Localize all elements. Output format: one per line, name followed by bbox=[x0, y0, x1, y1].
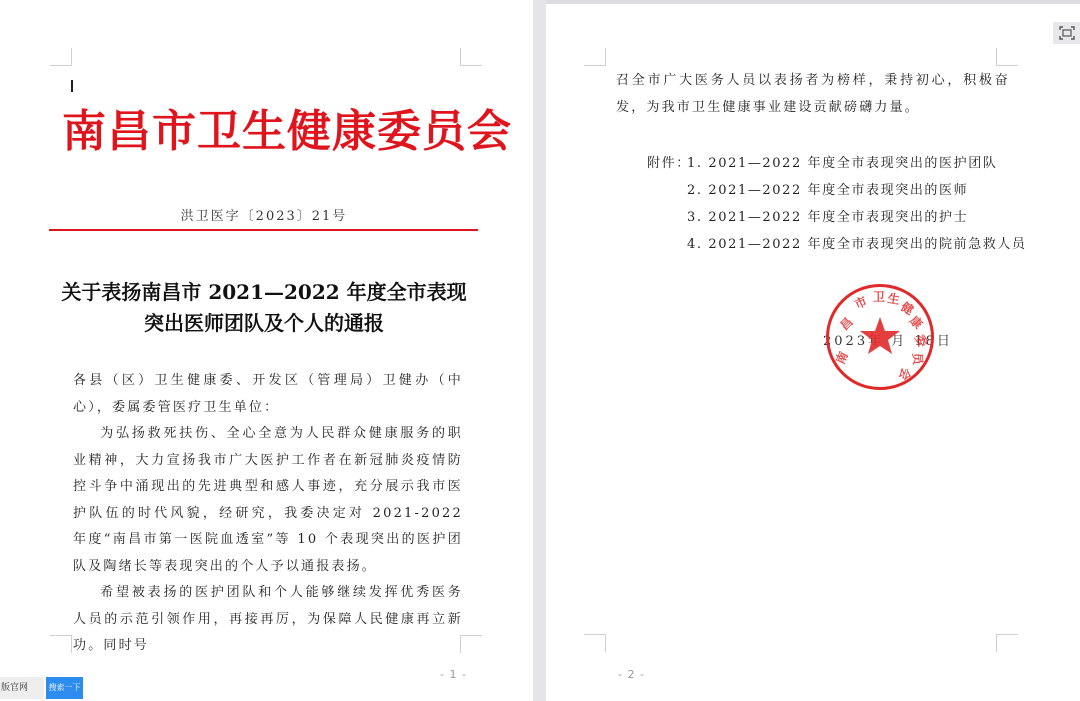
body-paragraph-1: 为弘扬救死扶伤、全心全意为人民群众健康服务的职业精神，大力宣扬我市广大医护工作者… bbox=[73, 421, 463, 580]
svg-text:员: 员 bbox=[910, 352, 925, 366]
search-input[interactable]: 版官网 bbox=[0, 677, 44, 699]
page-number: - 1 - bbox=[440, 668, 467, 681]
document-number: 洪卫医字〔2023〕21号 bbox=[50, 205, 478, 224]
margin-corner-mark bbox=[584, 48, 606, 66]
letterhead-red-rule bbox=[49, 229, 478, 231]
margin-corner-mark bbox=[996, 48, 1018, 66]
attachments-label: 附件： bbox=[647, 150, 691, 177]
svg-text:市: 市 bbox=[852, 293, 869, 312]
salutation: 各县（区）卫生健康委、开发区（管理局）卫健办（中心），委属委管医疗卫生单位： bbox=[73, 368, 463, 421]
org-letterhead-title: 南昌市卫生健康委员会 bbox=[62, 104, 490, 160]
svg-text:委: 委 bbox=[912, 332, 931, 349]
document-page-1: 南昌市卫生健康委员会 洪卫医字〔2023〕21号 关于表扬南昌市 2021—20… bbox=[0, 0, 533, 701]
attachment-item-4: 4. 2021—2022 年度全市表现突出的院前急救人员 bbox=[687, 231, 1027, 258]
fullscreen-button[interactable] bbox=[1053, 22, 1080, 44]
fullscreen-icon bbox=[1059, 26, 1075, 40]
svg-text:生: 生 bbox=[886, 290, 900, 307]
svg-text:昌: 昌 bbox=[837, 315, 855, 333]
attachment-item-1: 1. 2021—2022 年度全市表现突出的医护团队 bbox=[687, 150, 997, 177]
body-paragraph-2: 希望被表扬的医护团队和个人能够继续发挥优秀医务人员的示范引领作用，再接再厉，为保… bbox=[73, 580, 463, 660]
margin-corner-mark bbox=[584, 634, 606, 652]
svg-text:卫: 卫 bbox=[873, 290, 885, 304]
svg-text:会: 会 bbox=[896, 366, 914, 382]
attachment-item-2: 2. 2021—2022 年度全市表现突出的医师 bbox=[687, 177, 968, 204]
page-number: - 2 - bbox=[618, 668, 645, 681]
attachment-item-3: 3. 2021—2022 年度全市表现突出的护士 bbox=[687, 204, 968, 231]
margin-corner-mark bbox=[50, 48, 72, 66]
document-title-line-1: 关于表扬南昌市 2021—2022 年度全市表现 bbox=[50, 277, 478, 308]
seal-star-icon: 南 昌 市 卫 生 健 康 委 员 会 bbox=[829, 287, 931, 387]
margin-corner-mark bbox=[460, 48, 482, 66]
document-page-2: 召全市广大医务人员以表扬者为榜样，秉持初心，积极奋发，为我市卫生健康事业建设贡献… bbox=[546, 4, 1080, 701]
page-gutter bbox=[533, 0, 546, 701]
svg-text:南: 南 bbox=[832, 349, 851, 366]
margin-corner-mark bbox=[50, 635, 72, 653]
document-title-line-2: 突出医师团队及个人的通报 bbox=[50, 308, 478, 339]
search-button[interactable]: 搜索一下 bbox=[46, 677, 83, 699]
margin-corner-mark bbox=[996, 634, 1018, 652]
margin-corner-mark bbox=[460, 635, 482, 653]
document-title: 关于表扬南昌市 2021—2022 年度全市表现 突出医师团队及个人的通报 bbox=[50, 277, 478, 339]
body-paragraph-continued: 召全市广大医务人员以表扬者为榜样，秉持初心，积极奋发，为我市卫生健康事业建设贡献… bbox=[616, 68, 1010, 121]
text-cursor bbox=[71, 80, 73, 92]
official-seal: 南 昌 市 卫 生 健 康 委 员 会 bbox=[826, 284, 934, 390]
svg-text:健: 健 bbox=[898, 298, 917, 317]
